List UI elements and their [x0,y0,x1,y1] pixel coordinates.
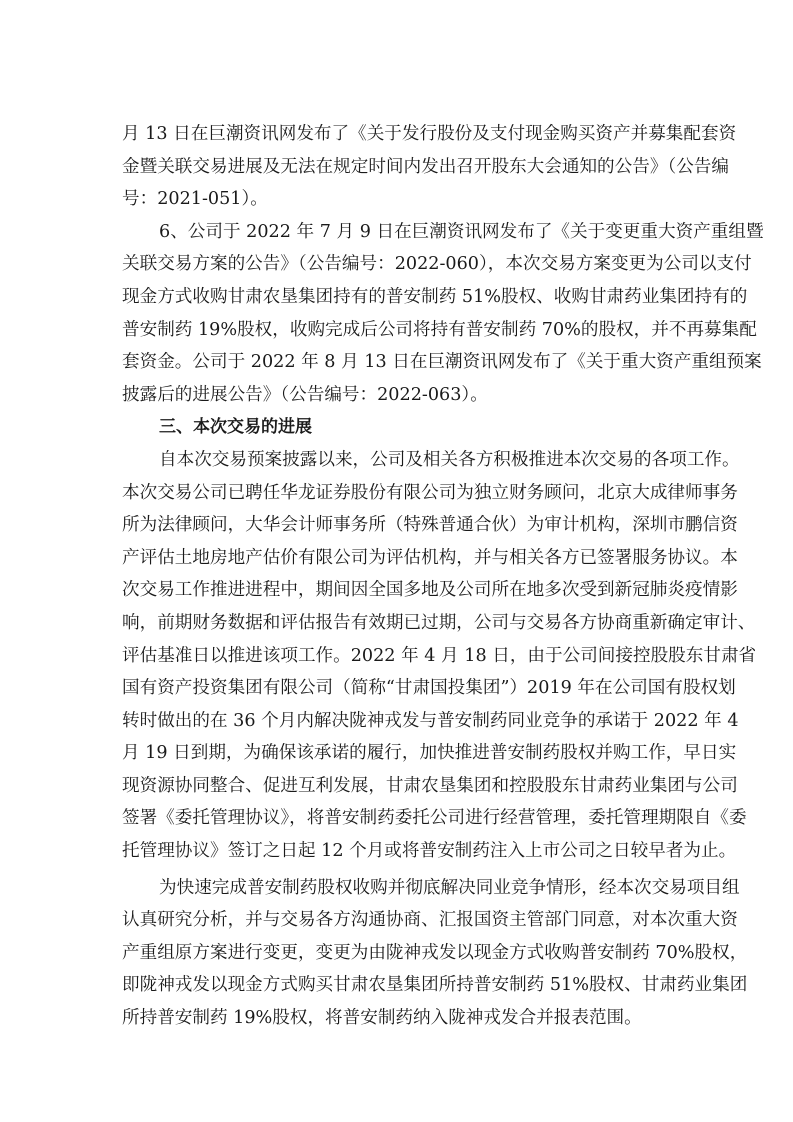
text-line: 普安制药 19%股权，收购完成后公司将持有普安制药 70%的股权，并不再募集配 [122,314,678,347]
text-line: 产重组原方案进行变更，变更为由陇神戎发以现金方式收购普安制药 70%股权， [122,937,678,970]
text-line: 套资金。公司于 2022 年 8 月 13 日在巨潮资讯网发布了《关于重大资产重… [122,346,678,379]
text-line: 号：2021-051）。 [122,183,678,216]
text-line: 披露后的进展公告》（公告编号：2022-063）。 [122,379,678,412]
paragraph-scheme-change: 为快速完成普安制药股权收购并彻底解决同业竞争情形，经本次交易项目组 认真研究分析… [122,872,678,1035]
text-line: 签署《委托管理协议》，将普安制药委托公司进行经营管理，委托管理期限自《委 [122,802,678,835]
text-line: 响，前期财务数据和评估报告有效期已过期，公司与交易各方协商重新确定审计、 [122,607,678,640]
text-line: 产评估土地房地产估价有限公司为评估机构，并与相关各方已签署服务协议。本 [122,542,678,575]
text-line: 所为法律顾问，大华会计师事务所（特殊普通合伙）为审计机构，深圳市鹏信资 [122,509,678,542]
text-line: 转时做出的在 36 个月内解决陇神戎发与普安制药同业竞争的承诺于 2022 年 … [122,705,678,738]
section-heading: 三、本次交易的进展 [122,411,678,444]
text-line: 月 13 日在巨潮资讯网发布了《关于发行股份及支付现金购买资产并募集配套资 [122,118,678,151]
text-line: 6、公司于 2022 年 7 月 9 日在巨潮资讯网发布了《关于变更重大资产重组… [122,216,678,249]
text-line: 金暨关联交易进展及无法在规定时间内发出召开股东大会通知的公告》（公告编 [122,151,678,184]
text-line: 本次交易公司已聘任华龙证券股份有限公司为独立财务顾问，北京大成律师事务 [122,477,678,510]
text-line: 评估基准日以推进该项工作。2022 年 4 月 18 日，由于公司间接控股股东甘… [122,640,678,673]
document-page: 月 13 日在巨潮资讯网发布了《关于发行股份及支付现金购买资产并募集配套资 金暨… [122,118,678,1035]
text-line: 认真研究分析，并与交易各方沟通协商、汇报国资主管部门同意，对本次重大资 [122,904,678,937]
paragraph-continuation: 月 13 日在巨潮资讯网发布了《关于发行股份及支付现金购买资产并募集配套资 金暨… [122,118,678,216]
text-line: 即陇神戎发以现金方式购买甘肃农垦集团所持普安制药 51%股权、甘肃药业集团 [122,969,678,1002]
paragraph-item-6: 6、公司于 2022 年 7 月 9 日在巨潮资讯网发布了《关于变更重大资产重组… [122,216,678,412]
text-line: 现金方式收购甘肃农垦集团持有的普安制药 51%股权、收购甘肃药业集团持有的 [122,281,678,314]
text-line: 为快速完成普安制药股权收购并彻底解决同业竞争情形，经本次交易项目组 [122,872,678,905]
text-line: 关联交易方案的公告》（公告编号：2022-060），本次交易方案变更为公司以支付 [122,248,678,281]
text-line: 国有资产投资集团有限公司（简称“甘肃国投集团”）2019 年在公司国有股权划 [122,672,678,705]
text-line: 自本次交易预案披露以来，公司及相关各方积极推进本次交易的各项工作。 [122,444,678,477]
text-line: 月 19 日到期，为确保该承诺的履行，加快推进普安制药股权并购工作，早日实 [122,737,678,770]
paragraph-progress: 自本次交易预案披露以来，公司及相关各方积极推进本次交易的各项工作。 本次交易公司… [122,444,678,868]
text-line: 现资源协同整合、促进互利发展，甘肃农垦集团和控股股东甘肃药业集团与公司 [122,770,678,803]
text-line: 托管理协议》签订之日起 12 个月或将普安制药注入上市公司之日较早者为止。 [122,835,678,868]
text-line: 所持普安制药 19%股权，将普安制药纳入陇神戎发合并报表范围。 [122,1002,678,1035]
text-line: 次交易工作推进进程中，期间因全国多地及公司所在地多次受到新冠肺炎疫情影 [122,574,678,607]
